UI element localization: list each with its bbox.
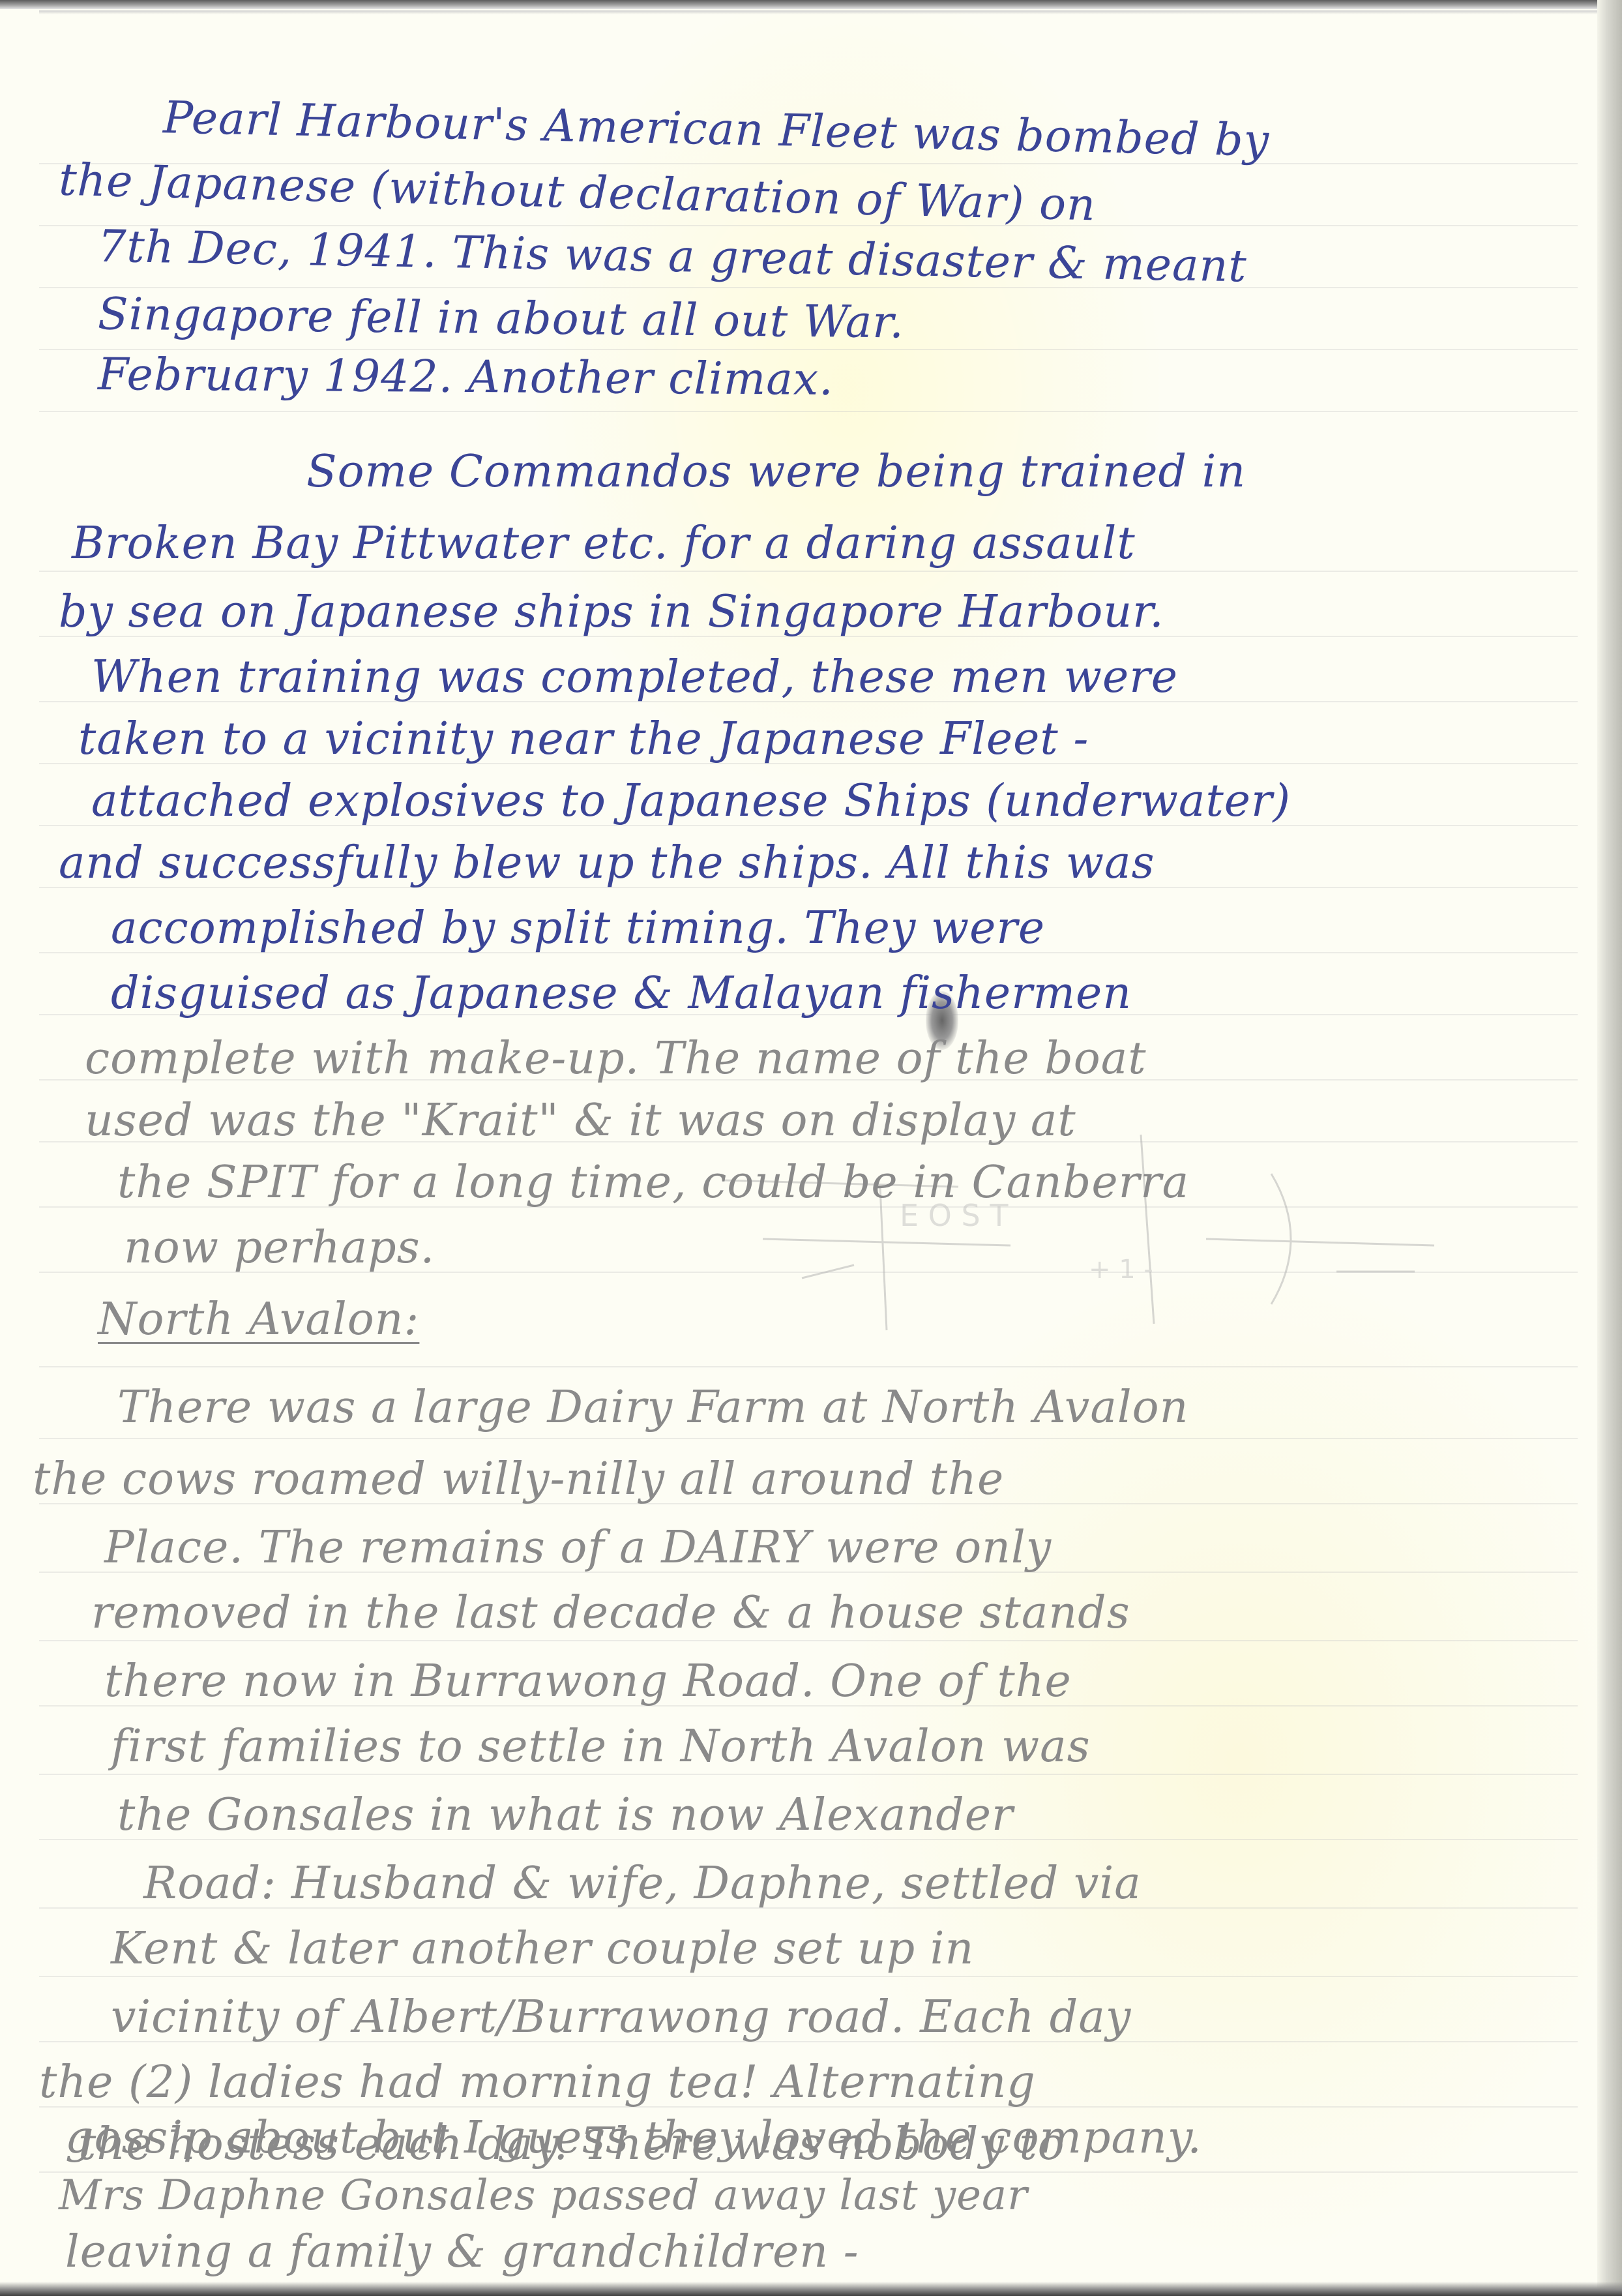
text-line: complete with make-up. The name of the b…	[85, 1037, 1147, 1081]
section-heading: North Avalon:	[98, 1298, 419, 1342]
text-line: Kent & later another couple set up in	[111, 1927, 974, 1971]
text-line: first families to settle in North Avalon…	[111, 1725, 1091, 1769]
text-line: removed in the last decade & a house sta…	[91, 1591, 1130, 1635]
text-line: taken to a vicinity near the Japanese Fl…	[78, 717, 1089, 762]
text-line: attached explosives to Japanese Ships (u…	[91, 779, 1291, 824]
text-line: gossip about but I guess they loved the …	[65, 2116, 1202, 2160]
text-line: the cows roamed willy-nilly all around t…	[33, 1457, 1004, 1502]
text-line: Broken Bay Pittwater etc. for a daring a…	[72, 522, 1136, 566]
text-line: accomplished by split timing. They were	[111, 906, 1045, 951]
text-line: disguised as Japanese & Malayan fisherme…	[111, 972, 1132, 1016]
text-line: Road: Husband & wife, Daphne, settled vi…	[143, 1862, 1142, 1906]
text-line: 7th Dec, 1941. This was a great disaster…	[98, 225, 1248, 290]
text-line: Mrs Daphne Gonsales passed away last yea…	[59, 2175, 1028, 2216]
text-line: now perhaps.	[124, 1226, 435, 1270]
text-line: Place. The remains of a DAIRY were only	[104, 1526, 1052, 1570]
text-line: there now in Burrawong Road. One of the	[104, 1660, 1072, 1704]
scanned-page: E O S T + 1 - Pearl Harbour's American F…	[0, 0, 1622, 2296]
text-line: Some Commandos were being trained in	[306, 450, 1246, 494]
text-line: and successfully blew up the ships. All …	[59, 841, 1155, 886]
text-line: There was a large Dairy Farm at North Av…	[117, 1386, 1188, 1430]
text-line: February 1942. Another climax.	[98, 353, 834, 402]
handwritten-text: Pearl Harbour's American Fleet was bombe…	[0, 0, 1622, 2296]
text-line: When training was completed, these men w…	[91, 655, 1178, 700]
text-line: the (2) ladies had morning tea! Alternat…	[39, 2061, 1036, 2105]
text-line: by sea on Japanese ships in Singapore Ha…	[59, 590, 1164, 634]
text-line: used was the "Krait" & it was on display…	[85, 1099, 1076, 1143]
text-line: vicinity of Albert/Burrawong road. Each …	[111, 1995, 1131, 2040]
text-line: the SPIT for a long time, could be in Ca…	[117, 1161, 1189, 1205]
text-line: the Gonsales in what is now Alexander	[117, 1793, 1014, 1838]
text-line: Pearl Harbour's American Fleet was bombe…	[162, 96, 1269, 164]
text-line: leaving a family & grandchildren -	[65, 2230, 859, 2274]
text-line: Singapore fell in about all out War.	[98, 293, 905, 346]
text-line: the Japanese (without declaration of War…	[58, 158, 1096, 228]
